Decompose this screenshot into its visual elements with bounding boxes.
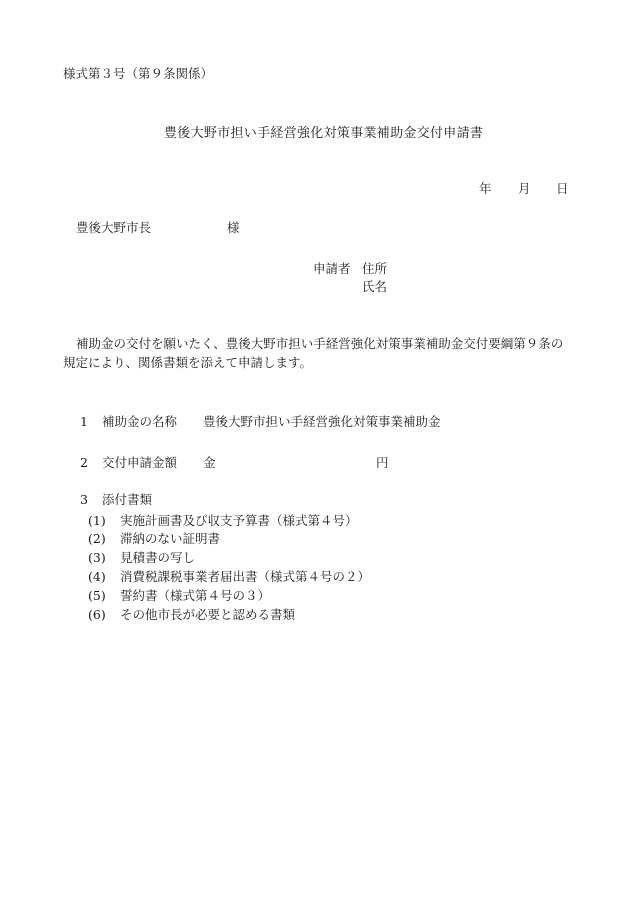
- attachment-item: 誓約書（様式第４号の３）: [120, 590, 270, 603]
- attachment-number: (4): [88, 571, 106, 584]
- name-label: 氏名: [362, 281, 387, 294]
- attachment-item: その他市長が必要と認める書類: [120, 609, 295, 622]
- body-line-2: 規定により、関係書類を添えて申請します。: [63, 357, 312, 370]
- amount-prefix: 金: [203, 457, 216, 470]
- item-number: 2: [80, 457, 88, 470]
- attachment-number: (6): [88, 609, 106, 622]
- date-day-label: 日: [556, 183, 569, 196]
- item-label: 交付申請金額: [102, 457, 177, 470]
- attachment-item: 消費税課税事業者届出書（様式第４号の２）: [120, 571, 370, 584]
- addressee-honorific: 様: [227, 222, 240, 235]
- attachment-item: 見積書の写し: [120, 552, 195, 565]
- attachment-number: (2): [88, 533, 106, 546]
- attachment-item: 実施計画書及び収支予算書（様式第４号）: [120, 515, 358, 528]
- item-label: 補助金の名称: [102, 416, 177, 429]
- amount-suffix: 円: [376, 457, 389, 470]
- addressee-name: 豊後大野市長: [76, 222, 151, 235]
- body-line-1: 補助金の交付を願いたく、豊後大野市担い手経営強化対策事業補助金交付要綱第９条の: [76, 338, 563, 351]
- attachment-number: (3): [88, 552, 106, 565]
- date-year-label: 年: [479, 183, 492, 196]
- date-month-label: 月: [518, 183, 531, 196]
- address-label: 住所: [362, 263, 387, 276]
- attachment-item: 滞納のない証明書: [120, 533, 220, 546]
- form-number: 様式第３号（第９条関係）: [63, 68, 213, 81]
- document-title: 豊後大野市担い手経営強化対策事業補助金交付申請書: [164, 127, 483, 140]
- attachment-number: (1): [88, 515, 106, 528]
- item-number: 3: [80, 494, 88, 507]
- item-label: 添付書類: [102, 494, 152, 507]
- subsidy-name-value: 豊後大野市担い手経営強化対策事業補助金: [203, 416, 441, 429]
- item-number: 1: [80, 416, 88, 429]
- applicant-label: 申請者: [313, 263, 351, 276]
- attachment-number: (5): [88, 590, 106, 603]
